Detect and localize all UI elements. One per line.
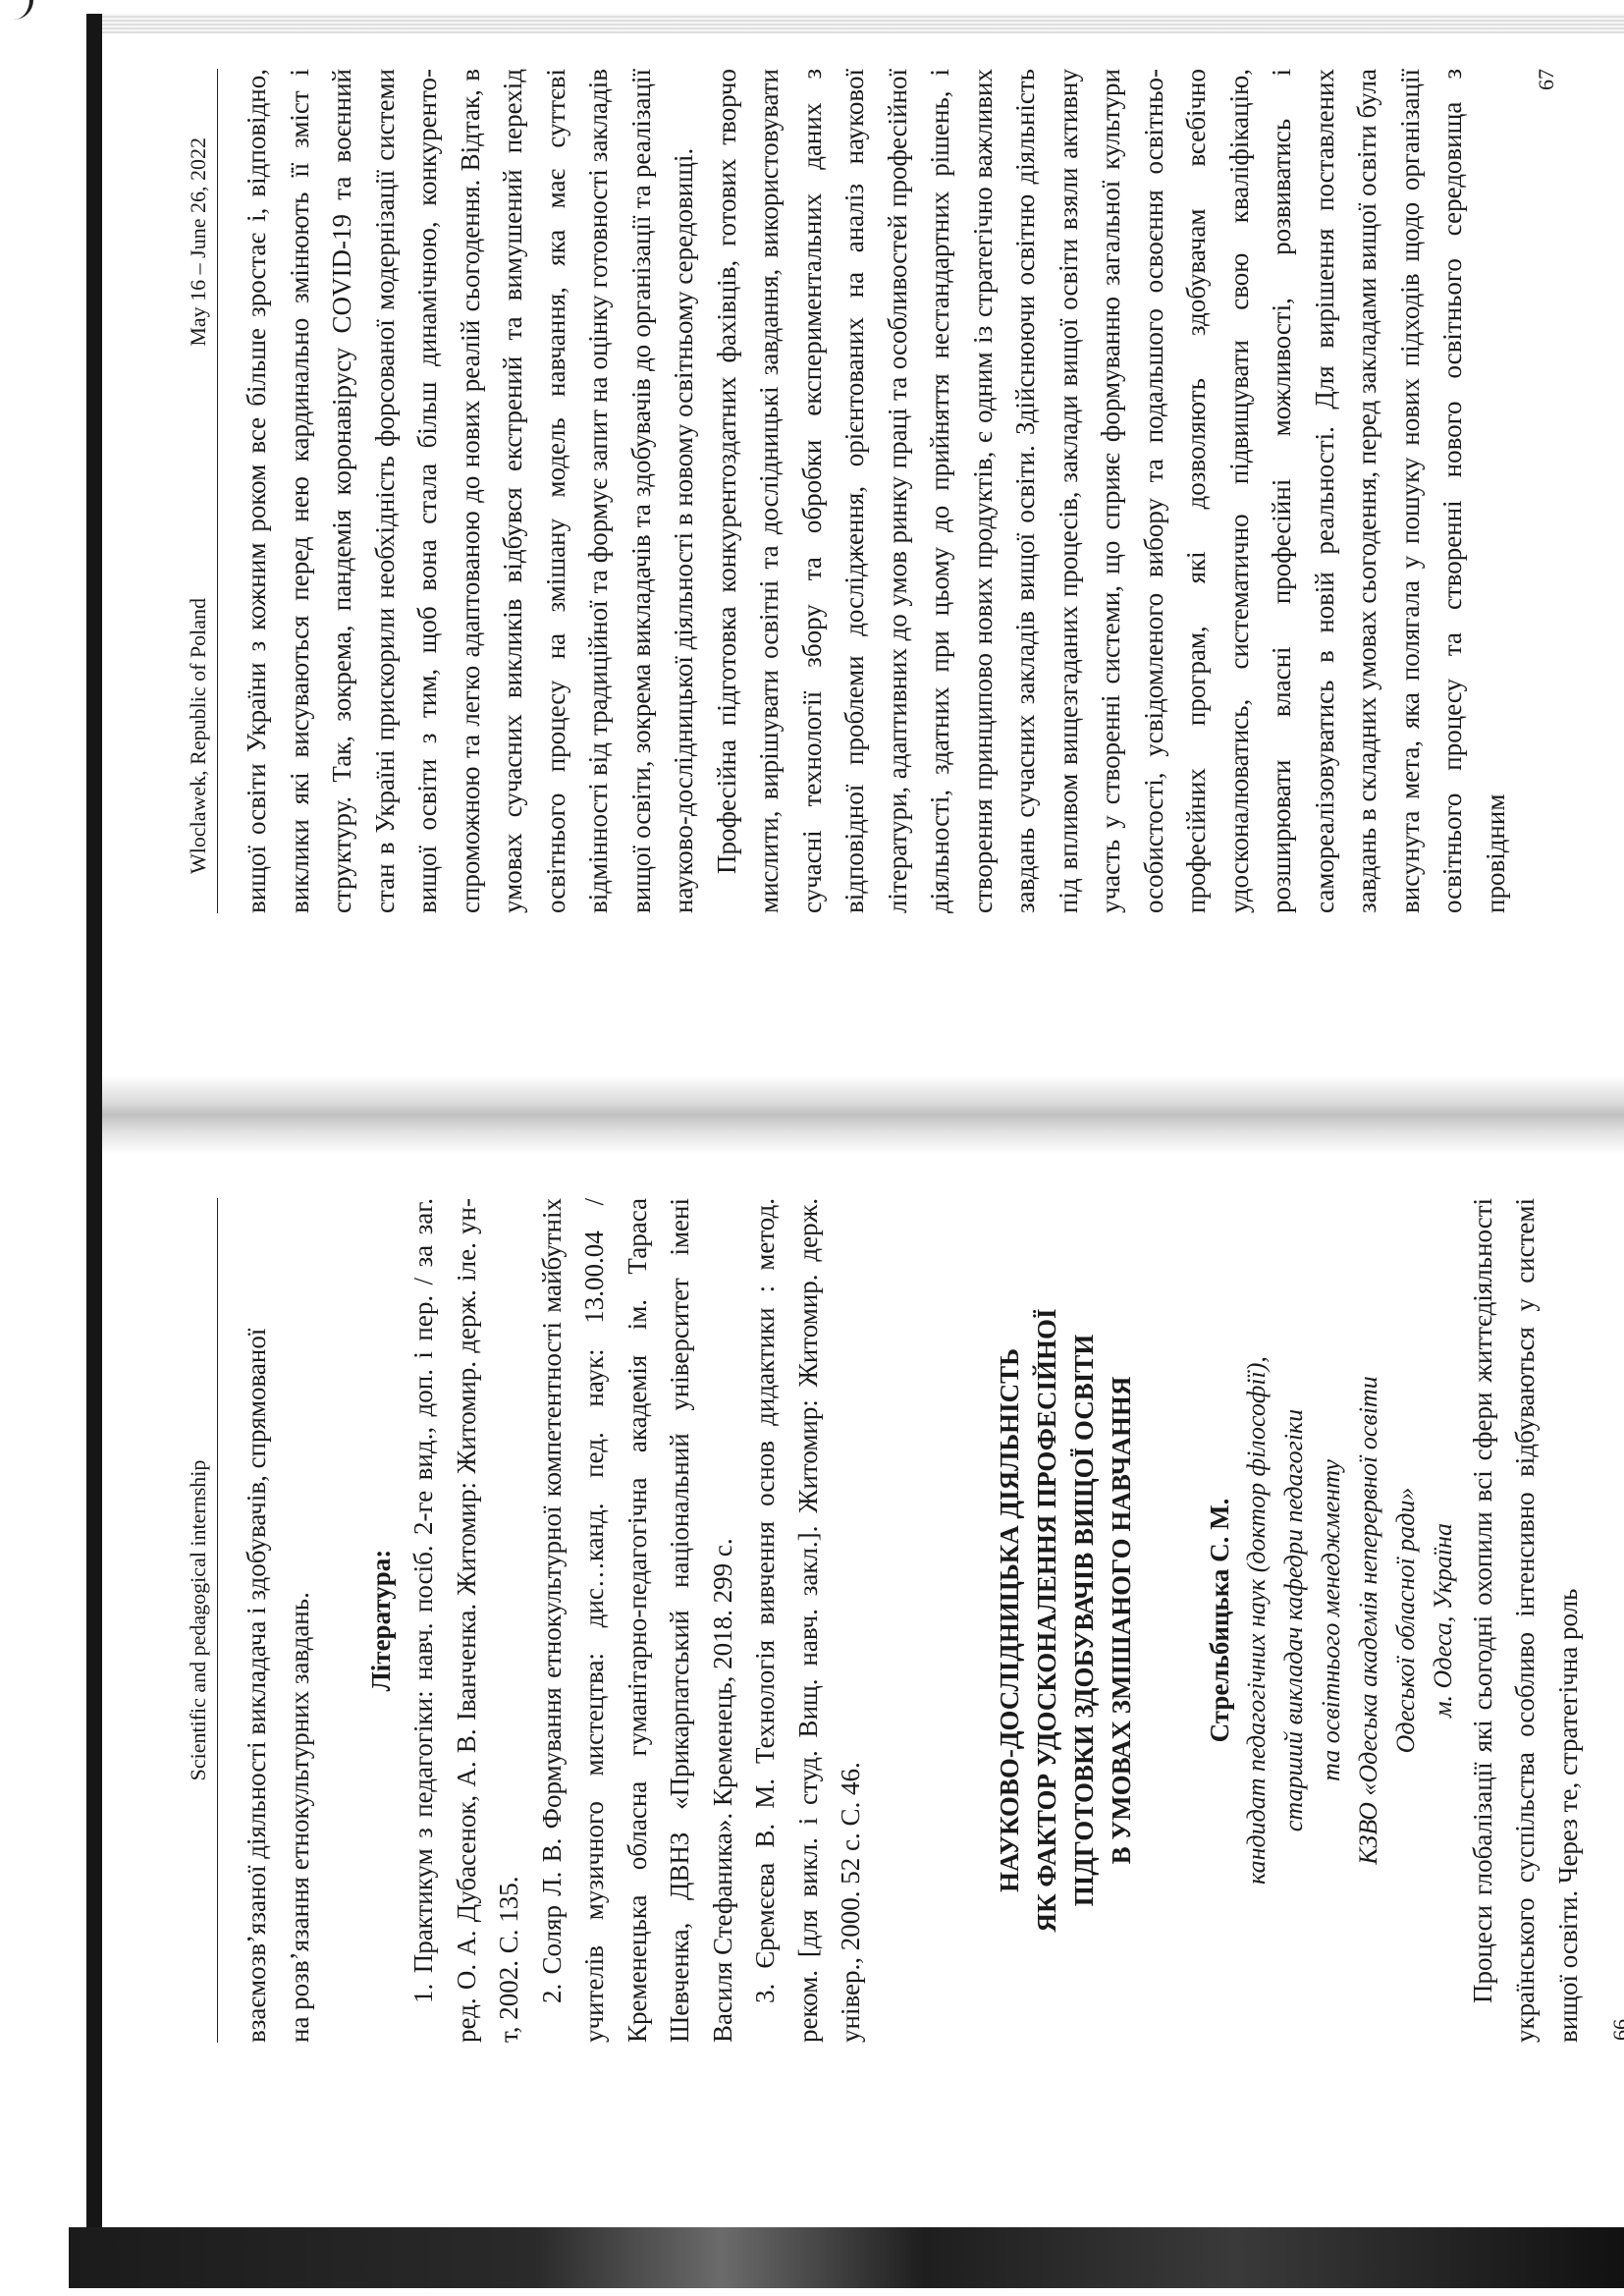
running-head-location: Wloclawek, Republic of Poland [186,598,211,874]
continuation-line: на розв’язання етнокультурних завдань. [279,1198,322,2043]
affiliation-line: м. Одеса, Україна [1425,1198,1462,2043]
affiliation-line: та освітнього менеджменту [1313,1198,1350,2043]
page-number: 67 [1534,69,1559,90]
page-body: вищої освіти України з кожним роком все … [236,69,1517,913]
reference-item: 2. Соляр Л. В. Формування етнокультурної… [531,1198,745,2043]
article-intro-paragraph: Процеси глобалізації які сьогодні охопил… [1462,1198,1591,2043]
body-paragraph: вищої освіти України з кожним роком все … [236,69,706,913]
page-number: 66 [1608,2019,1624,2041]
running-head: Wloclawek, Republic of Poland May 16 – J… [167,69,218,913]
scan-edge-shadow-left [86,14,102,2272]
running-head: Scientific and pedagogical internship [167,1198,218,2043]
reference-item: 1. Практикум з педагогіки: навч. посіб. … [403,1198,531,2043]
running-head-text: Scientific and pedagogical internship [186,1460,211,1781]
reference-item: 3. Єремєєва В. М. Технологія вивчення ос… [744,1198,873,2043]
scan-edge-shadow-bottom [69,2227,1624,2288]
affiliation-line: старший викладач кафедри педагогіки [1275,1198,1313,2043]
article-title: НАУКОВО-ДОСЛІДНИЦЬКА ДІЯЛЬНІСТЬ ЯК ФАКТО… [991,1198,1140,2043]
page-body: взаємозв’язаної діяльності викладача і з… [236,1198,1590,2043]
literature-heading: Література: [360,1198,403,2043]
author-name: Стрельбицька С. М. [1201,1198,1238,2043]
affiliation-line: КЗВО «Одеська академія неперервної освіт… [1350,1198,1387,2043]
article-title-line: ПІДГОТОВКИ ЗДОБУВАЧІВ ВИЩОЇ ОСВІТИ [1065,1198,1103,2043]
article-title-line: ЯК ФАКТОР УДОСКОНАЛЕННЯ ПРОФЕСІЙНОЇ [1028,1198,1065,2043]
running-head-dates: May 16 – June 26, 2022 [186,137,211,347]
author-affiliation: кандидат педагогічних наук (доктор філос… [1238,1198,1462,2043]
continuation-line: взаємозв’язаної діяльності викладача і з… [236,1198,279,2043]
article-title-line: НАУКОВО-ДОСЛІДНИЦЬКА ДІЯЛЬНІСТЬ [991,1198,1028,2043]
affiliation-line: Одеської обласної ради» [1387,1198,1425,2043]
article-title-line: В УМОВАХ ЗМІШАНОГО НАВЧАННЯ [1103,1198,1140,2043]
scan-corner-artifact [0,0,33,20]
page-66: Scientific and pedagogical internship вз… [147,1129,1620,2111]
affiliation-line: кандидат педагогічних наук (доктор філос… [1238,1198,1275,2043]
page-67: Wloclawek, Republic of Poland May 16 – J… [147,0,1620,982]
body-paragraph: Професійна підготовка конкурентоздатних … [706,69,1518,913]
